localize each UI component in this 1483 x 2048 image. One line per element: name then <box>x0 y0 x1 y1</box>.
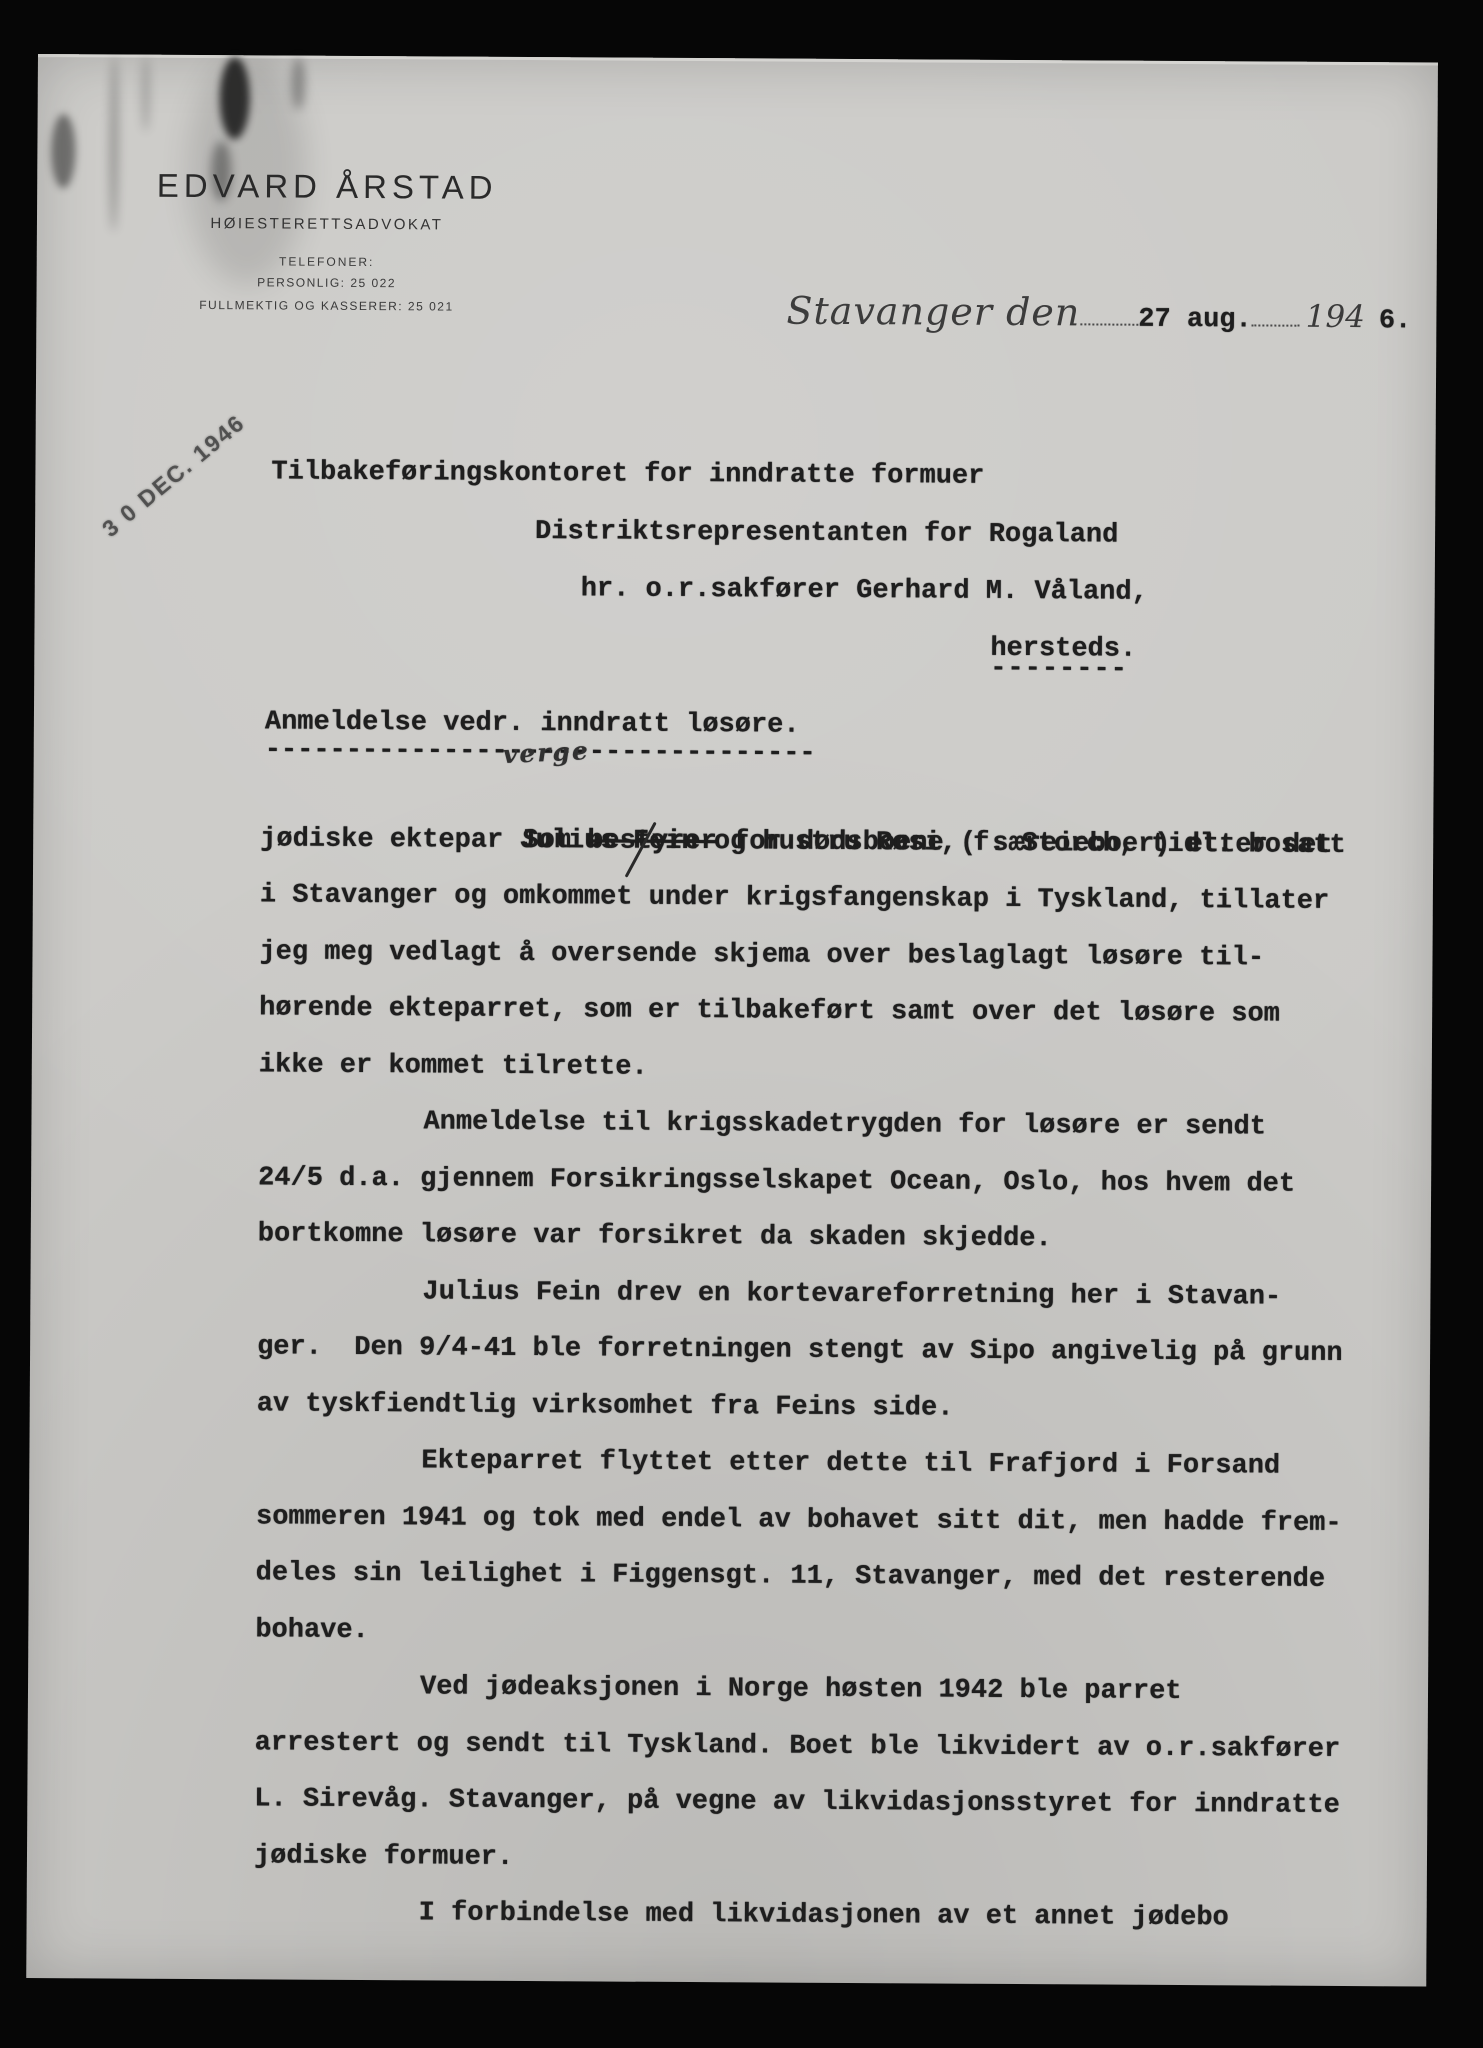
dateline-place: Stavanger den <box>786 289 1080 335</box>
ink-smudge <box>109 56 119 231</box>
body-text-segment: Som <box>522 825 587 855</box>
handwritten-correction: verge <box>502 738 590 767</box>
body-line: arrestert og sendt til Tyskland. Boet bl… <box>255 1715 1435 1779</box>
dateline-year-printed: 194 <box>1300 299 1365 335</box>
dateline: Stavanger den27 aug.1946. <box>786 289 1411 337</box>
letterhead-title: HØIESTERETTSADVOKAT <box>137 215 517 234</box>
recipient-underline: -------- <box>990 654 1128 685</box>
dateline-year-typed: 6. <box>1365 306 1412 336</box>
body-line: 24/5 d.a. gjennem Forsikringsselskapet O… <box>258 1150 1438 1214</box>
body-line: Julius Fein drev en kortevareforretning … <box>257 1263 1437 1327</box>
body-line: bohave. <box>255 1602 1435 1666</box>
received-date-stamp: 3 0 DEC. 1946 <box>82 397 273 565</box>
body-line: Anmeldelse til krigsskadetrygden for løs… <box>258 1093 1438 1157</box>
dotted-leader <box>1252 294 1300 326</box>
body-line: Ekteparret flyttet etter dette til Frafj… <box>256 1432 1436 1496</box>
body-line: Ved jødeaksjonen i Norge høsten 1942 ble… <box>255 1658 1435 1722</box>
letter-body: vergeSom bestyrer for dødsboene ( særeie… <box>253 754 1440 1948</box>
dotted-leader <box>1080 293 1138 325</box>
body-line: sommeren 1941 og tok med endel av bohave… <box>256 1489 1436 1553</box>
ink-smudge <box>142 57 150 132</box>
ink-smudge <box>51 114 75 188</box>
scanned-letter-page: { "document": { "background_color": "#06… <box>0 0 1483 2048</box>
body-line: ger. Den 9/4-41 ble forretningen stengt … <box>257 1319 1437 1383</box>
recipient-line: Tilbakeføringskontoret for inndratte for… <box>271 457 984 491</box>
ink-smudge <box>292 58 305 110</box>
letterhead-name: EDVARD ÅRSTAD <box>137 167 517 207</box>
body-line: av tyskfiendtlig virksomhet fra Feins si… <box>257 1376 1437 1440</box>
letterhead-phone-office: FULLMEKTIG OG KASSERER: 25 021 <box>136 298 516 314</box>
body-line: jeg meg vedlagt å oversende skjema over … <box>259 924 1439 988</box>
struck-word: bestyrer <box>587 826 717 857</box>
body-line: I forbindelse med likvidasjonen av et an… <box>253 1884 1433 1948</box>
letterhead-phone-personal: PERSONLIG: 25 022 <box>137 275 517 291</box>
paper-sheet: EDVARD ÅRSTAD HØIESTERETTSADVOKAT TELEFO… <box>26 54 1438 1987</box>
recipient-line: Distriktsrepresentanten for Rogaland <box>535 517 1118 551</box>
body-line: hørende ekteparret, som er tilbakeført s… <box>259 980 1439 1044</box>
body-text-segment: for dødsboene ( særeieboer) etter det <box>717 827 1333 861</box>
body-line: L. Sirevåg. Stavanger, på vegne av likvi… <box>254 1771 1434 1835</box>
recipient-line: hr. o.r.sakfører Gerhard M. Våland, <box>581 574 1148 607</box>
letterhead: EDVARD ÅRSTAD HØIESTERETTSADVOKAT TELEFO… <box>136 167 517 314</box>
body-line: ikke er kommet tilrette. <box>259 1037 1439 1101</box>
body-line: bortkomne løsøre var forsikret da skaden… <box>258 1206 1438 1270</box>
body-line: jødiske formuer. <box>254 1828 1434 1892</box>
letterhead-phones-heading: TELEFONER: <box>137 254 517 270</box>
dateline-day-month: 27 aug. <box>1138 305 1252 336</box>
body-line: deles sin leilighet i Figgensgt. 11, Sta… <box>256 1545 1436 1609</box>
body-line: vergeSom bestyrer for dødsboene ( særeie… <box>260 754 1440 818</box>
